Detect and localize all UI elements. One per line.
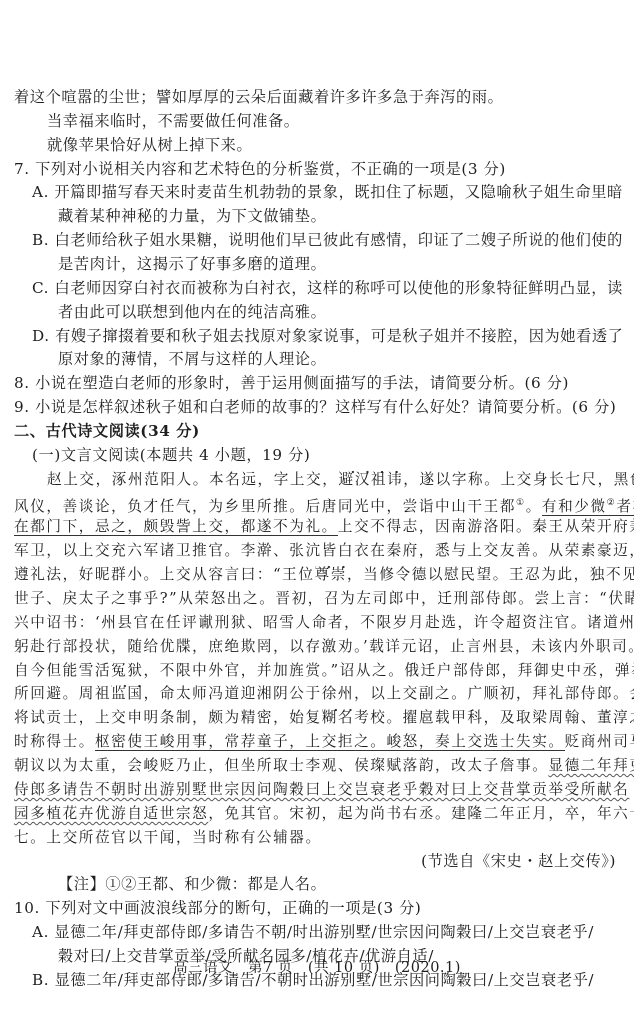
page-footer: 高三语文 第7 页 (共 10 页) (2020.1) — [0, 956, 634, 977]
subsection-title: (一)文言文阅读(本题共 4 小题，19 分) — [14, 444, 620, 468]
question-7-stem: 7. 下列对小说相关内容和艺术特色的分析鉴赏，不正确的一项是(3 分) — [14, 158, 620, 182]
passage-line: 园多植花卉优游自适世宗怒，免其官。宋初，起为尚书右丞。建隆二年正月，卒，年六十 — [14, 802, 620, 826]
wavy-underlined-text: 显德二年拜吏部 — [548, 757, 634, 774]
passage-line: 军卫，以上交充六军诸卫推官。李澣、张沆皆白衣在秦府，悉与上交友善。从荣素豪迈，不 — [14, 539, 620, 563]
wavy-underlined-text: 侍郎多请告不朝时出游别墅世宗因问陶穀曰上交岂衰老乎穀对曰上交昔掌贡举受所献名 — [14, 781, 629, 798]
wavy-underlined-text: 园多植花卉优游自适世宗怒 — [14, 805, 208, 822]
poem-line: 着这个喧嚣的尘世；譬如厚厚的云朵后面藏着许多许多急于奔泻的雨。 — [14, 86, 620, 110]
footnote-marker: ② — [607, 498, 617, 508]
page-content: 着这个喧嚣的尘世；譬如厚厚的云朵后面藏着许多许多急于奔泻的雨。 当幸福来临时，不… — [14, 86, 620, 993]
passage-line: 兴中诏书：‘州县官在任评谳刑狱、昭雪人命者，不限岁月赴选，许令超资注官。诸道州府 — [14, 611, 620, 635]
passage-line: 所回避。周祖监国，命太师冯道迎湘阴公于徐州，以上交副之。广顺初，拜礼部侍郎。会 — [14, 682, 620, 706]
dotted-text: 监国 — [111, 683, 143, 702]
passage-line: 世子、戾太子之事乎?”从荣怒出之。晋初，召为左司郎中，迁刑部侍郎。尝上言：“伏睹… — [14, 587, 620, 611]
passage-line: 躬赴行部投状，随给优牒，庶绝欺罔，以存激劝。’载详元诏，止言州县，未该内外职司。… — [14, 635, 620, 659]
passage-line: 自今但能雪活冤狱，不限中外官，并加旌赏。”诏从之。俄迁户部侍郎，拜御史中丞，弹举… — [14, 659, 620, 683]
passage-line: 七。上交所莅官以干闻，当时称有公辅器。 — [14, 826, 620, 850]
question-8: 8. 小说在塑造白老师的形象时，善于运用侧面描写的手法，请简要分析。(6 分) — [14, 372, 620, 396]
q7-option-c: C. 白老师因穿白衬衣而被称为白衬衣，这样的称呼可以使他的形象特征鲜明凸显，读 — [14, 277, 620, 301]
q7-option-d: D. 有嫂子撺掇着要和秋子姐去找原对象家说事，可是秋子姐并不接腔，因为她看透了 — [14, 325, 620, 349]
underlined-text: 有和少微②者亦 — [542, 498, 634, 516]
q7-option-a-cont: 藏着某种神秘的力量，为下文做铺垫。 — [14, 205, 620, 229]
q10-option-a: A. 显德二年/拜吏部侍郎/多请告不朝/时出游别墅/世宗因问陶穀曰/上交岂衰老乎… — [14, 921, 620, 945]
passage-line: 朝议以为太重，会峻贬乃止，但坐所取士李观、侯璨赋落韵，改太子詹事。显德二年拜吏部 — [14, 754, 620, 778]
passage-line: 赵上交，涿州范阳人。本名远，字上交，避汉祖讳，遂以字称。上交身长七尺，黑色，美 — [14, 468, 620, 492]
poem-line: 就像苹果恰好从树上掉下来。 — [14, 134, 620, 158]
dotted-text: 避汉祖讳 — [339, 469, 404, 488]
q7-option-c-cont: 者由此可以联想到他内在的纯洁高雅。 — [14, 301, 620, 325]
source-citation: (节选自《宋史・赵上交传》) — [14, 850, 620, 874]
footnote: 【注】①②王都、和少微：都是人名。 — [14, 873, 620, 897]
dotted-text: 糊名 — [322, 707, 354, 726]
q7-option-b-cont: 是苦肉计，这揭示了好事多磨的道理。 — [14, 253, 620, 277]
underlined-text: 枢密使王峻用事，常荐童子，上交拒之。峻怒，奏上交选士失实。 — [95, 733, 565, 751]
passage-line: 将试贡士，上交申明条制，颇为精密，始复糊名考校。擢扈载甲科，及取梁周翰、董淳之流… — [14, 706, 620, 730]
q7-option-a: A. 开篇即描写春天来时麦苗生机勃勃的景象，既扣住了标题，又隐喻秋子姐生命里暗 — [14, 181, 620, 205]
footnote-marker: ① — [516, 498, 526, 508]
underlined-text: 在都门下，忌之，颇毁訾上交，都遂不为礼。 — [14, 518, 338, 536]
q7-option-d-cont: 原对象的薄情，不屑与这样的人理论。 — [14, 348, 620, 372]
passage-line: 时称得士。枢密使王峻用事，常荐童子，上交拒之。峻怒，奏上交选士失实。贬商州司马， — [14, 730, 620, 754]
passage-line: 遵礼法，好昵群小。上交从容言曰：“王位尊崇，当修令德以慰民望。王忍为此，独不见恭 — [14, 563, 620, 587]
passage-line: 在都门下，忌之，颇毁訾上交，都遂不为礼。上交不得志，因南游洛阳。秦王从荣开府兼判 — [14, 515, 620, 539]
poem-line: 当幸福来临时，不需要做任何准备。 — [14, 110, 620, 134]
section-title: 二、古代诗文阅读(34 分) — [14, 420, 620, 444]
dotted-text: 尊崇 — [315, 564, 347, 583]
passage-line: 风仪，善谈论，负才任气，为乡里所推。后唐同光中，尝诣中山干王都①。有和少微②者亦 — [14, 492, 620, 516]
question-10-stem: 10. 下列对文中画波浪线部分的断句，正确的一项是(3 分) — [14, 897, 620, 921]
question-9: 9. 小说是怎样叙述秋子姐和白老师的故事的？这样写有什么好处？请简要分析。(6 … — [14, 396, 620, 420]
exam-page: 着这个喧嚣的尘世；譬如厚厚的云朵后面藏着许多许多急于奔泻的雨。 当幸福来临时，不… — [0, 0, 634, 1016]
passage-line: 侍郎多请告不朝时出游别墅世宗因问陶穀曰上交岂衰老乎穀对曰上交昔掌贡举受所献名 — [14, 778, 620, 802]
q7-option-b: B. 白老师给秋子姐水果糖，说明他们早已彼此有感情，印证了二嫂子所说的他们使的 — [14, 229, 620, 253]
